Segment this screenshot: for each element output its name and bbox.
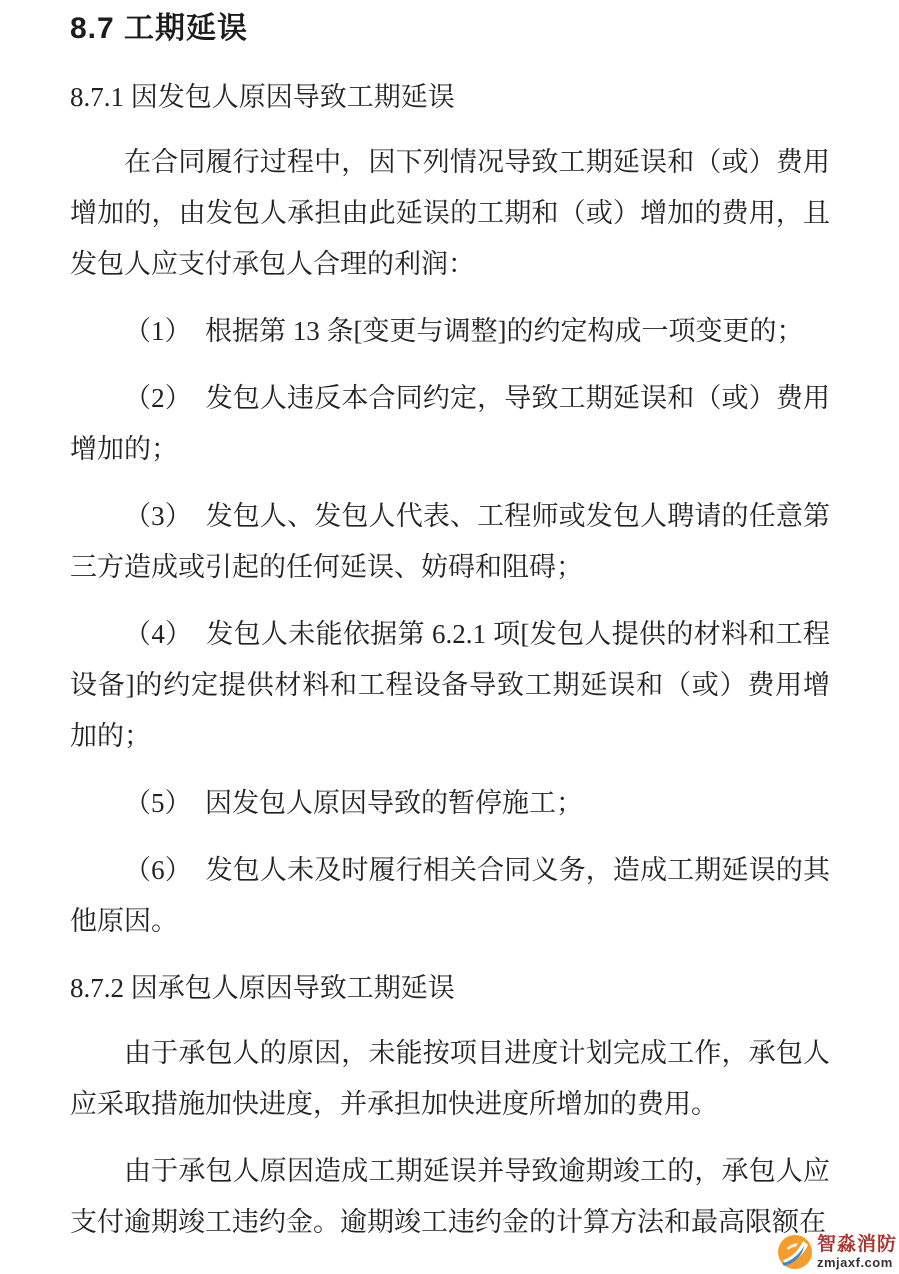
list-item-4: （4） 发包人未能依据第 6.2.1 项[发包人提供的材料和工程设备]的约定提供… bbox=[70, 609, 830, 762]
list-item-3: （3） 发包人、发包人代表、工程师或发包人聘请的任意第三方造成或引起的任何延误、… bbox=[70, 491, 830, 593]
section-heading: 8.7 工期延误 bbox=[70, 8, 830, 50]
paragraph-intro: 在合同履行过程中，因下列情况导致工期延误和（或）费用增加的，由发包人承担由此延误… bbox=[70, 137, 830, 290]
list-item-6: （6） 发包人未及时履行相关合同义务，造成工期延误的其他原因。 bbox=[70, 845, 830, 947]
list-item-2: （2） 发包人违反本合同约定，导致工期延误和（或）费用增加的； bbox=[70, 373, 830, 475]
brand-logo-icon bbox=[777, 1234, 813, 1270]
list-item-1: （1） 根据第 13 条[变更与调整]的约定构成一项变更的； bbox=[70, 306, 830, 357]
paragraph-liquidated-damages: 由于承包人原因造成工期延误并导致逾期竣工的，承包人应支付逾期竣工违约金。逾期竣工… bbox=[70, 1146, 830, 1248]
brand-watermark: 智淼消防 zmjaxf.com bbox=[777, 1234, 897, 1270]
subsection-heading-8-7-1: 8.7.1 因发包人原因导致工期延误 bbox=[70, 72, 830, 123]
brand-name: 智淼消防 bbox=[817, 1235, 897, 1254]
list-item-5: （5） 因发包人原因导致的暂停施工； bbox=[70, 778, 830, 829]
brand-domain: zmjaxf.com bbox=[817, 1256, 897, 1269]
paragraph-contractor-delay: 由于承包人的原因，未能按项目进度计划完成工作，承包人应采取措施加快进度，并承担加… bbox=[70, 1028, 830, 1130]
document-page: 8.7 工期延误 8.7.1 因发包人原因导致工期延误 在合同履行过程中，因下列… bbox=[0, 0, 899, 1274]
subsection-heading-8-7-2: 8.7.2 因承包人原因导致工期延误 bbox=[70, 963, 830, 1014]
